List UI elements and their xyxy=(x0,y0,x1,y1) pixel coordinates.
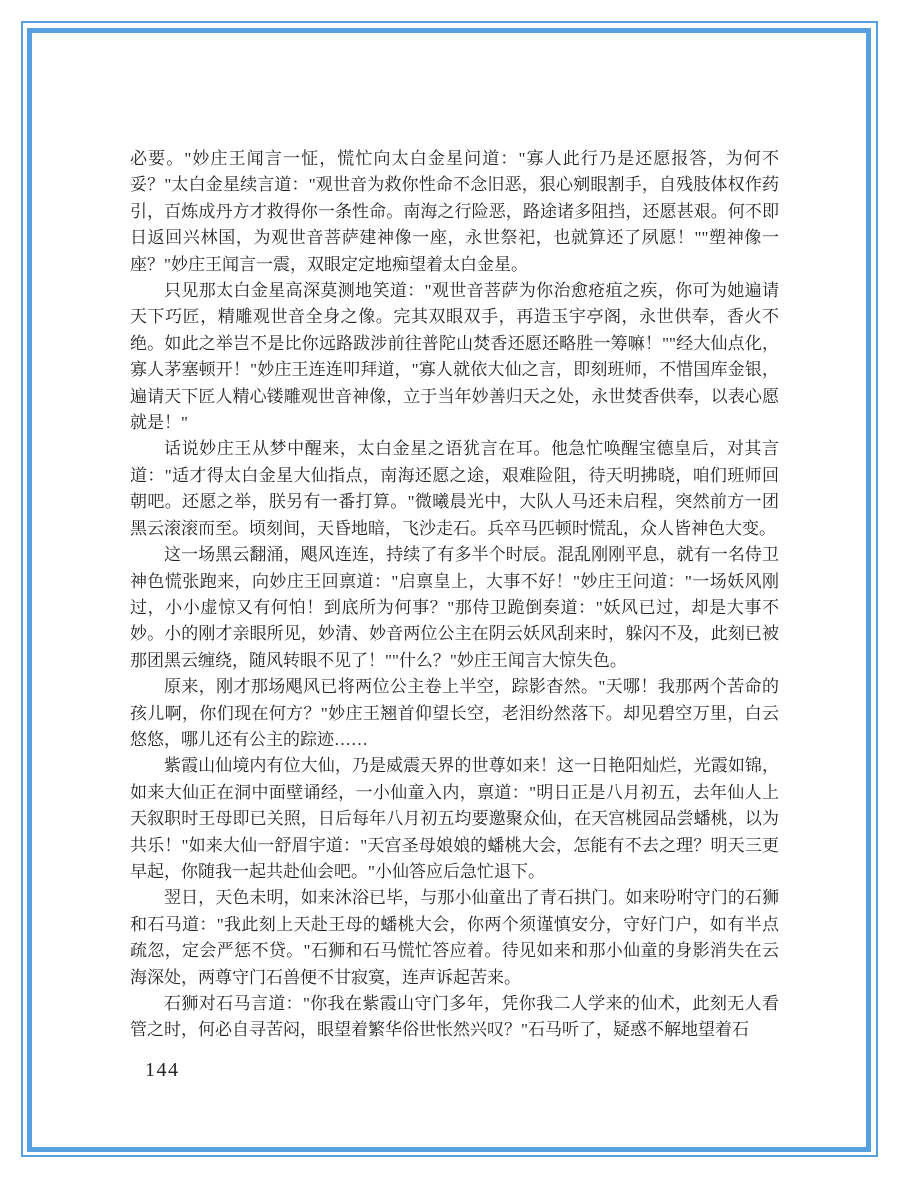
paragraph: 话说妙庄王从梦中醒来，太白金星之语犹言在耳。他急忙唤醒宝德皇后，对其言道："适才… xyxy=(130,436,779,542)
paragraph: 只见那太白金星高深莫测地笑道："观世音菩萨为你治愈疮疽之疾，你可为她遍请天下巧匠… xyxy=(130,278,779,436)
paragraph: 这一场黑云翻涌，飓风连连，持续了有多半个时辰。混乱刚刚平息，就有一名侍卫神色慌张… xyxy=(130,542,779,674)
page-number: 144 xyxy=(145,1059,180,1082)
paragraph: 必要。"妙庄王闻言一怔，慌忙向太白金星问道："寡人此行乃是还愿报答，为何不妥？"… xyxy=(130,146,779,278)
paragraph: 翌日，天色未明，如来沐浴已毕，与那小仙童出了青石拱门。如来吩咐守门的石狮和石马道… xyxy=(130,885,779,991)
paragraph: 石狮对石马言道："你我在紫霞山守门多年，凭你我二人学来的仙术，此刻无人看管之时，… xyxy=(130,991,779,1044)
body-text: 必要。"妙庄王闻言一怔，慌忙向太白金星问道："寡人此行乃是还愿报答，为何不妥？"… xyxy=(130,146,779,1044)
book-page: { "colors": { "border_blue": "#57a0e0", … xyxy=(0,0,900,1184)
paragraph: 原来，刚才那场飓风已将两位公主卷上半空，踪影杳然。"天哪！我那两个苦命的孩儿啊，… xyxy=(130,674,779,753)
paragraph: 紫霞山仙境内有位大仙，乃是威震天界的世尊如来！这一日艳阳灿烂，光霞如锦，如来大仙… xyxy=(130,753,779,885)
